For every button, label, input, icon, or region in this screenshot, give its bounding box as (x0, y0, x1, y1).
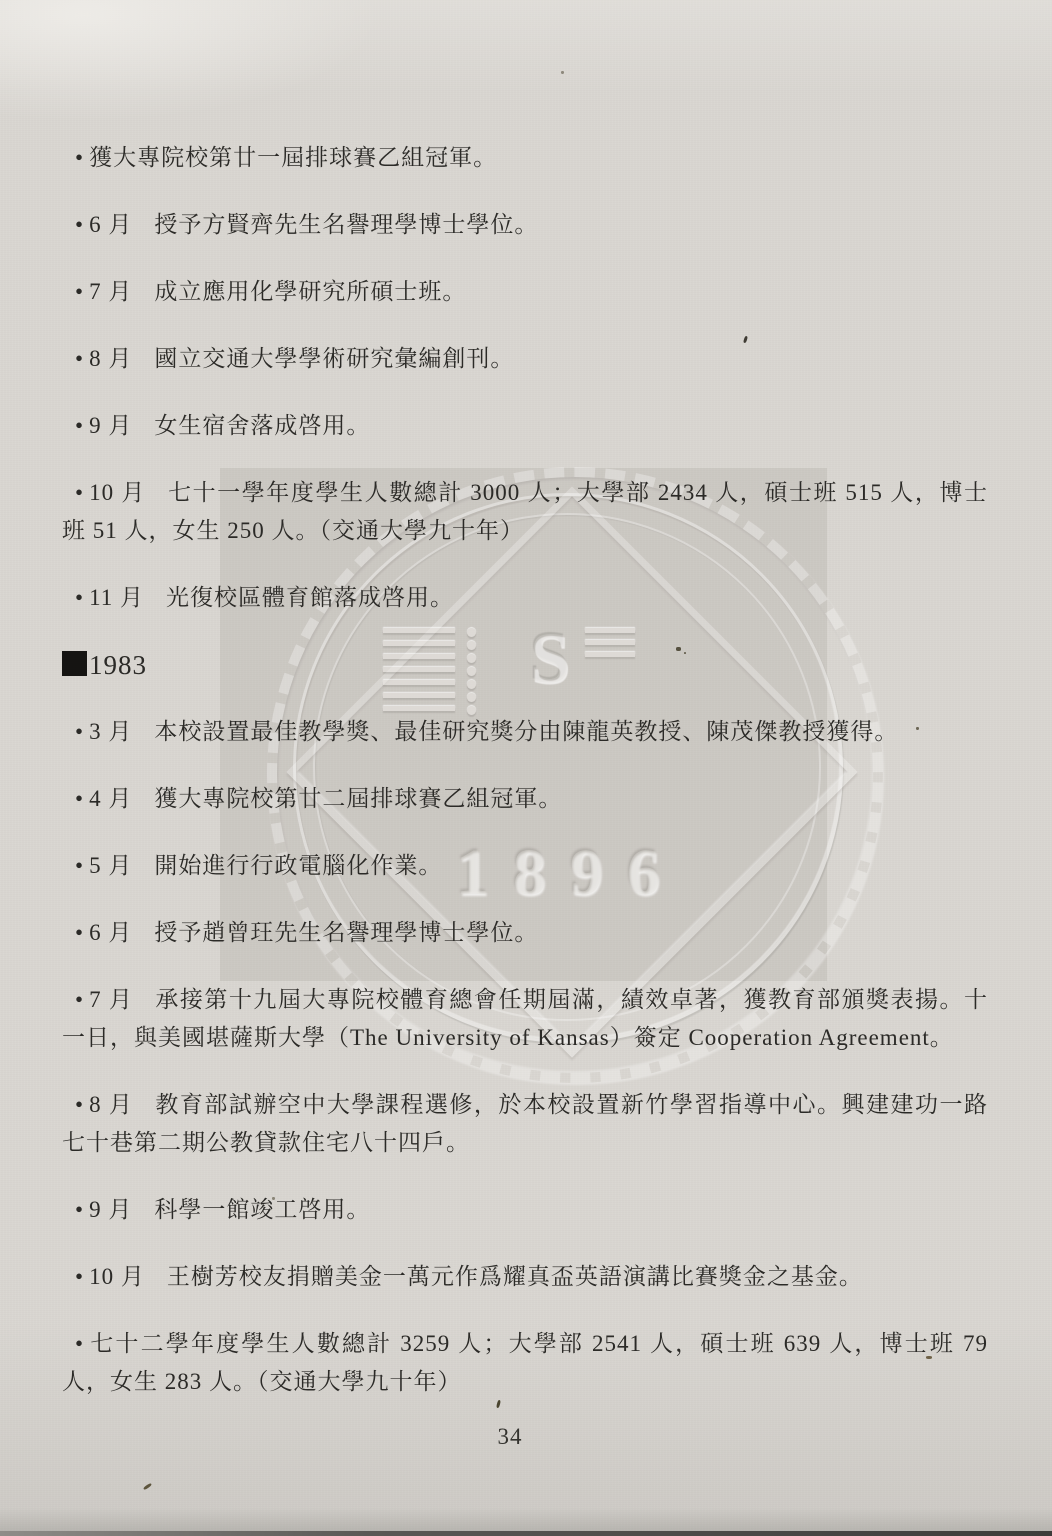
chronology-list: •獲大專院校第廿一屆排球賽乙組冠軍。 •6 月授予方賢齊先生名譽理學博士學位。 … (62, 0, 988, 1430)
entry-text: 七十二學年度學生人數總計 3259 人；大學部 2541 人，碩士班 639 人… (62, 1331, 988, 1394)
chronology-entry: •7 月承接第十九屆大專院校體育總會任期屆滿，績效卓著，獲教育部頒獎表揚。十一日… (62, 981, 988, 1057)
chronology-entry: •獲大專院校第廿一屆排球賽乙組冠軍。 (62, 139, 988, 177)
entry-month: 10 月 (89, 1264, 145, 1289)
entry-month: 10 月 (89, 480, 146, 505)
entry-month: 3 月 (89, 719, 132, 744)
entry-text: 授予方賢齊先生名譽理學博士學位。 (154, 212, 538, 237)
bullet-icon: • (75, 212, 84, 237)
chronology-entry: •10 月王樹芳校友捐贈美金一萬元作爲耀真盃英語演講比賽獎金之基金。 (62, 1258, 988, 1296)
bullet-icon: • (75, 920, 84, 945)
entry-text: 開始進行行政電腦化作業。 (154, 853, 442, 878)
entry-month: 11 月 (89, 585, 144, 610)
chronology-entry: •7 月成立應用化學研究所碩士班。 (62, 273, 988, 311)
entry-month: 4 月 (89, 786, 132, 811)
bullet-icon: • (75, 719, 84, 744)
chronology-entry: •8 月國立交通大學學術研究彙編創刊。 (62, 340, 988, 378)
entry-month: 8 月 (89, 1092, 133, 1117)
entry-text: 獲大專院校第廿一屆排球賽乙組冠軍。 (89, 145, 497, 170)
entry-text: 七十一學年度學生人數總計 3000 人；大學部 2434 人，碩士班 515 人… (62, 480, 988, 543)
entry-text: 承接第十九屆大專院校體育總會任期屆滿，績效卓著，獲教育部頒獎表揚。十一日，與美國… (62, 987, 988, 1050)
chronology-entry: •3 月本校設置最佳教學獎、最佳研究獎分由陳龍英教授、陳茂傑教授獲得。 (62, 713, 988, 751)
bullet-icon: • (75, 1264, 84, 1289)
bullet-icon: • (75, 145, 84, 170)
chronology-entry: •10 月七十一學年度學生人數總計 3000 人；大學部 2434 人，碩士班 … (62, 474, 988, 550)
entry-text: 授予趙曾玨先生名譽理學博士學位。 (154, 920, 538, 945)
chronology-entry: •9 月女生宿舍落成啓用。 (62, 407, 988, 445)
chronology-entry: •5 月開始進行行政電腦化作業。 (62, 847, 988, 885)
bullet-icon: • (75, 1092, 84, 1117)
bullet-icon: • (75, 279, 84, 304)
entry-text: 教育部試辦空中大學課程選修，於本校設置新竹學習指導中心。興建建功一路七十巷第二期… (62, 1092, 988, 1155)
entry-month: 9 月 (89, 413, 132, 438)
page-number: 34 (0, 1424, 1020, 1450)
year-heading: 1983 (62, 646, 988, 684)
scanned-page: S 1896 •獲大專院校第廿一屆排球賽乙組冠軍。 •6 月授予方賢齊先生名譽理… (0, 0, 1052, 1536)
entry-month: 8 月 (89, 346, 132, 371)
bullet-icon: • (75, 786, 84, 811)
chronology-entry: •4 月獲大專院校第廿二屆排球賽乙組冠軍。 (62, 780, 988, 818)
bullet-icon: • (75, 1197, 84, 1222)
chronology-entry: •6 月授予方賢齊先生名譽理學博士學位。 (62, 206, 988, 244)
entry-month: 6 月 (89, 920, 132, 945)
entry-text: 本校設置最佳教學獎、最佳研究獎分由陳龍英教授、陳茂傑教授獲得。 (154, 719, 898, 744)
entry-month: 7 月 (89, 987, 133, 1012)
year-marker-square (62, 651, 87, 676)
bullet-icon: • (75, 1331, 84, 1356)
bullet-icon: • (75, 987, 84, 1012)
chronology-entry: •11 月光復校區體育館落成啓用。 (62, 579, 988, 617)
bottom-shadow (0, 1508, 1052, 1532)
entry-text: 國立交通大學學術研究彙編創刊。 (154, 346, 514, 371)
entry-month: 6 月 (89, 212, 132, 237)
scan-speck (143, 1483, 152, 1491)
entry-month: 5 月 (89, 853, 132, 878)
entry-month: 9 月 (89, 1197, 132, 1222)
entry-text: 科學一館竣工啓用。 (154, 1197, 370, 1222)
entry-text: 獲大專院校第廿二屆排球賽乙組冠軍。 (154, 786, 562, 811)
entry-text: 光復校區體育館落成啓用。 (166, 585, 454, 610)
scan-bottom-edge (0, 1531, 1052, 1536)
year-text: 1983 (89, 650, 147, 680)
entry-text: 王樹芳校友捐贈美金一萬元作爲耀真盃英語演講比賽獎金之基金。 (167, 1264, 863, 1289)
chronology-entry: •七十二學年度學生人數總計 3259 人；大學部 2541 人，碩士班 639 … (62, 1325, 988, 1401)
bullet-icon: • (75, 480, 84, 505)
entry-text: 女生宿舍落成啓用。 (154, 413, 370, 438)
chronology-entry: •6 月授予趙曾玨先生名譽理學博士學位。 (62, 914, 988, 952)
bullet-icon: • (75, 413, 84, 438)
bullet-icon: • (75, 346, 84, 371)
entry-text: 成立應用化學研究所碩士班。 (154, 279, 466, 304)
bullet-icon: • (75, 585, 84, 610)
bullet-icon: • (75, 853, 84, 878)
entry-month: 7 月 (89, 279, 132, 304)
chronology-entry: •8 月教育部試辦空中大學課程選修，於本校設置新竹學習指導中心。興建建功一路七十… (62, 1086, 988, 1162)
chronology-entry: •9 月科學一館竣工啓用。 (62, 1191, 988, 1229)
